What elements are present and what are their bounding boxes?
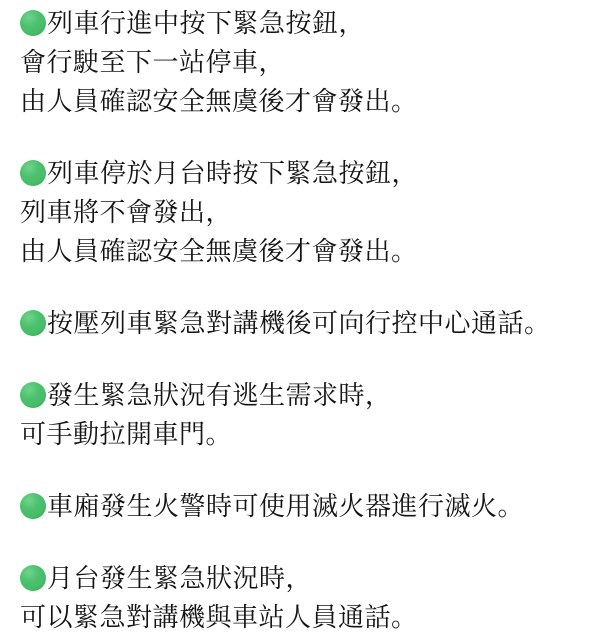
green-circle-icon <box>20 382 46 408</box>
green-circle-icon <box>20 565 46 591</box>
instruction-text: 列車行進中按下緊急按鈕， <box>47 8 365 38</box>
instruction-line: 會行駛至下一站停車， <box>20 43 590 82</box>
green-circle-icon <box>20 160 46 186</box>
safety-instructions: 列車行進中按下緊急按鈕，會行駛至下一站停車，由人員確認安全無虞後才會發出。 列車… <box>20 4 590 637</box>
instruction-line: 列車將不會發出， <box>20 193 590 232</box>
instruction-text: 列車停於月台時按下緊急按鈕， <box>47 158 418 188</box>
instruction-text: 月台發生緊急狀況時， <box>47 563 312 593</box>
instruction-line: 可以緊急對講機與車站人員通話。 <box>20 598 590 637</box>
instruction-lines: 列車行進中按下緊急按鈕，會行駛至下一站停車，由人員確認安全無虞後才會發出。 <box>20 4 590 121</box>
instruction-lines: 車廂發生火警時可使用滅火器進行滅火。 <box>20 487 590 526</box>
instruction-text: 可以緊急對講機與車站人員通話。 <box>20 602 418 632</box>
instruction-item: 月台發生緊急狀況時，可以緊急對講機與車站人員通話。 <box>20 559 590 637</box>
instruction-line: 車廂發生火警時可使用滅火器進行滅火。 <box>20 487 590 526</box>
instruction-lines: 按壓列車緊急對講機後可向行控中心通話。 <box>20 304 590 343</box>
instruction-item: 列車停於月台時按下緊急按鈕，列車將不會發出，由人員確認安全無虞後才會發出。 <box>20 154 590 271</box>
instruction-text: 列車將不會發出， <box>20 197 232 227</box>
instruction-list: 列車行進中按下緊急按鈕，會行駛至下一站停車，由人員確認安全無虞後才會發出。 列車… <box>20 4 590 637</box>
green-circle-icon <box>20 10 46 36</box>
instruction-line: 可手動拉開車門。 <box>20 415 590 454</box>
instruction-line: 由人員確認安全無虞後才會發出。 <box>20 232 590 271</box>
instruction-lines: 月台發生緊急狀況時，可以緊急對講機與車站人員通話。 <box>20 559 590 637</box>
instruction-text: 會行駛至下一站停車， <box>20 47 285 77</box>
instruction-text: 由人員確認安全無虞後才會發出。 <box>20 236 418 266</box>
instruction-line: 月台發生緊急狀況時， <box>20 559 590 598</box>
instruction-item: 發生緊急狀況有逃生需求時，可手動拉開車門。 <box>20 376 590 454</box>
instruction-line: 發生緊急狀況有逃生需求時， <box>20 376 590 415</box>
instruction-line: 列車停於月台時按下緊急按鈕， <box>20 154 590 193</box>
instruction-item: 按壓列車緊急對講機後可向行控中心通話。 <box>20 304 590 343</box>
green-circle-icon <box>20 493 46 519</box>
instruction-item: 車廂發生火警時可使用滅火器進行滅火。 <box>20 487 590 526</box>
instruction-line: 按壓列車緊急對講機後可向行控中心通話。 <box>20 304 590 343</box>
instruction-text: 車廂發生火警時可使用滅火器進行滅火。 <box>47 491 524 521</box>
instruction-item: 列車行進中按下緊急按鈕，會行駛至下一站停車，由人員確認安全無虞後才會發出。 <box>20 4 590 121</box>
instruction-text: 可手動拉開車門。 <box>20 419 232 449</box>
instruction-text: 按壓列車緊急對講機後可向行控中心通話。 <box>47 308 551 338</box>
instruction-line: 列車行進中按下緊急按鈕， <box>20 4 590 43</box>
instruction-text: 由人員確認安全無虞後才會發出。 <box>20 86 418 116</box>
green-circle-icon <box>20 310 46 336</box>
instruction-lines: 發生緊急狀況有逃生需求時，可手動拉開車門。 <box>20 376 590 454</box>
instruction-text: 發生緊急狀況有逃生需求時， <box>47 380 392 410</box>
page: { "page": { "colors": { "background": "#… <box>0 0 602 640</box>
instruction-line: 由人員確認安全無虞後才會發出。 <box>20 82 590 121</box>
instruction-lines: 列車停於月台時按下緊急按鈕，列車將不會發出，由人員確認安全無虞後才會發出。 <box>20 154 590 271</box>
